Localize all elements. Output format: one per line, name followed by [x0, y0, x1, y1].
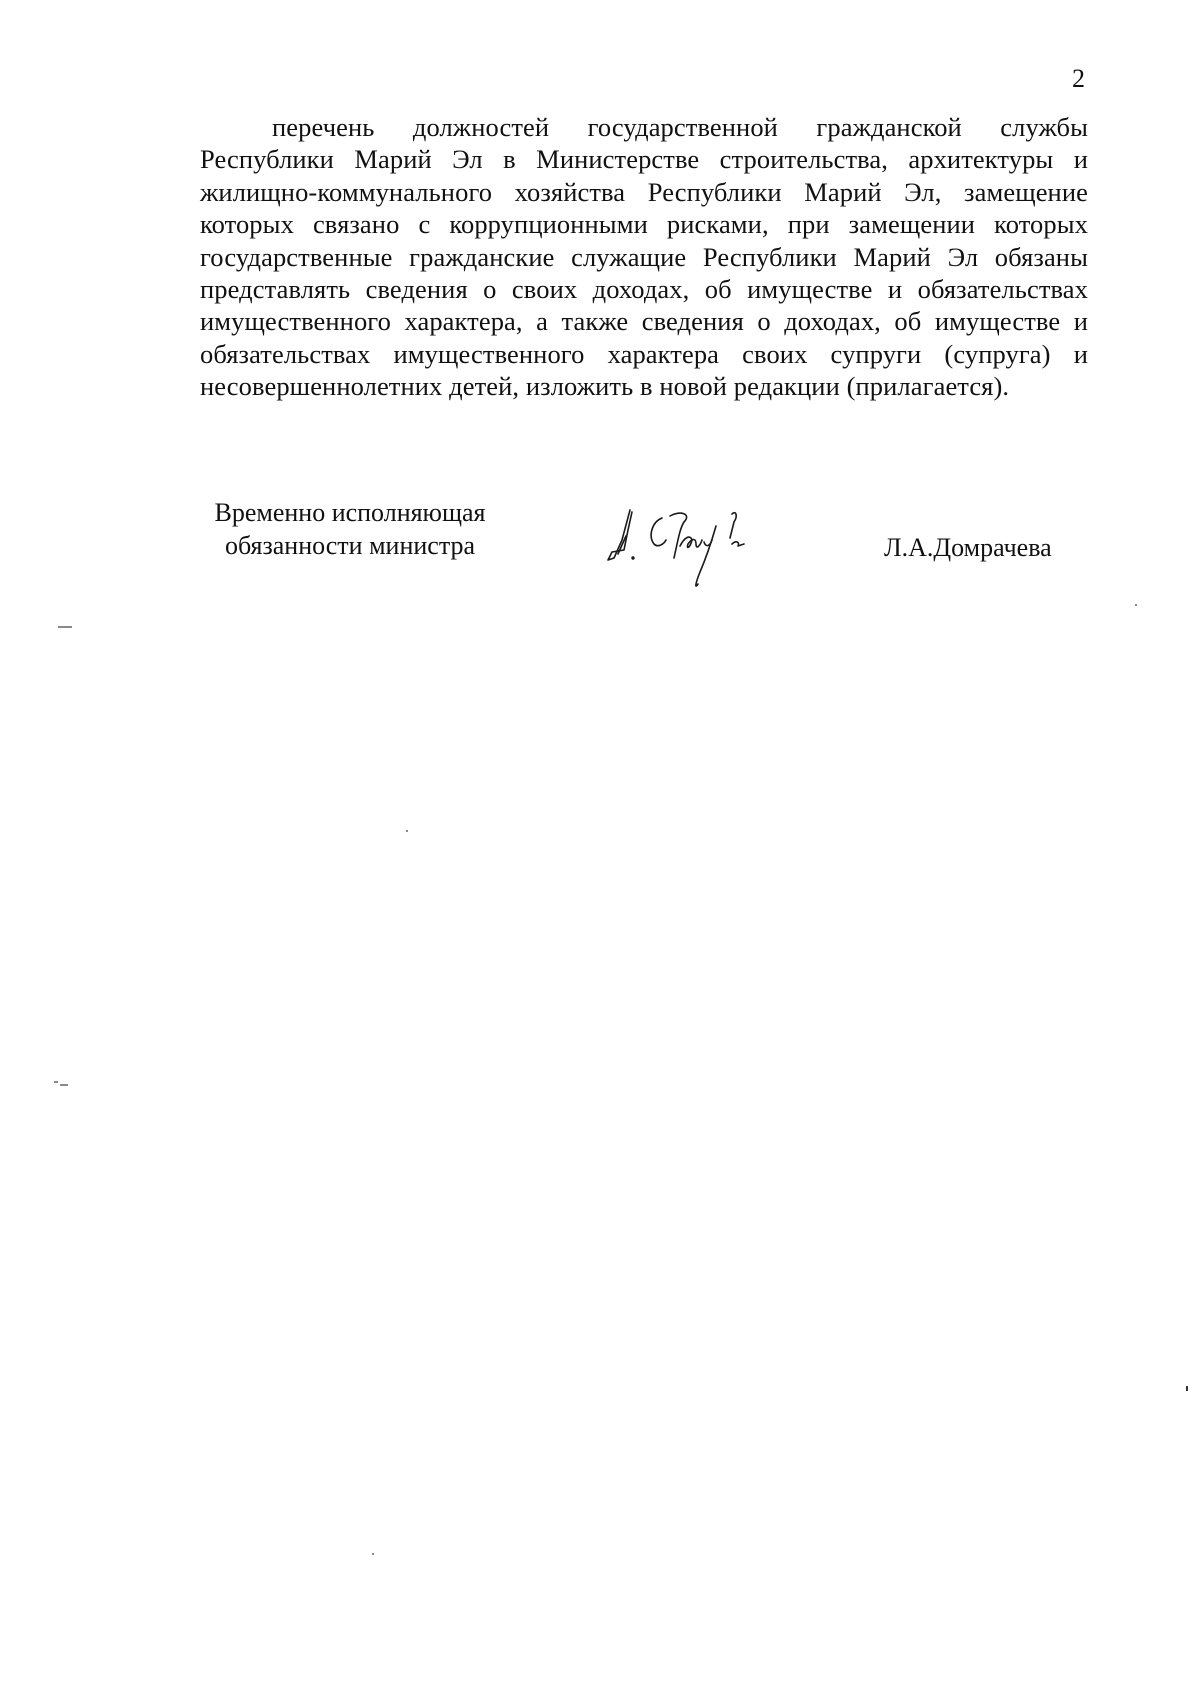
scan-artifact	[1186, 1386, 1188, 1391]
scan-artifact	[60, 1084, 68, 1086]
signatory-position-line-2: обязанности министра	[200, 529, 500, 562]
page-number: 2	[1072, 64, 1085, 94]
handwritten-signature-icon	[600, 500, 760, 592]
document-page: 2 перечень должностей государственной гр…	[0, 0, 1200, 1686]
body-paragraph: перечень должностей государственной граж…	[200, 111, 1088, 403]
scan-artifact	[372, 1553, 374, 1555]
signatory-position-line-1: Временно исполняющая	[200, 496, 500, 529]
scan-artifact	[54, 1081, 58, 1083]
scan-artifact	[406, 830, 408, 832]
signatory-position: Временно исполняющая обязанности министр…	[200, 496, 500, 562]
scan-artifact	[58, 626, 72, 628]
scan-artifact	[1135, 604, 1137, 606]
signatory-name: Л.А.Домрачева	[884, 531, 1052, 564]
